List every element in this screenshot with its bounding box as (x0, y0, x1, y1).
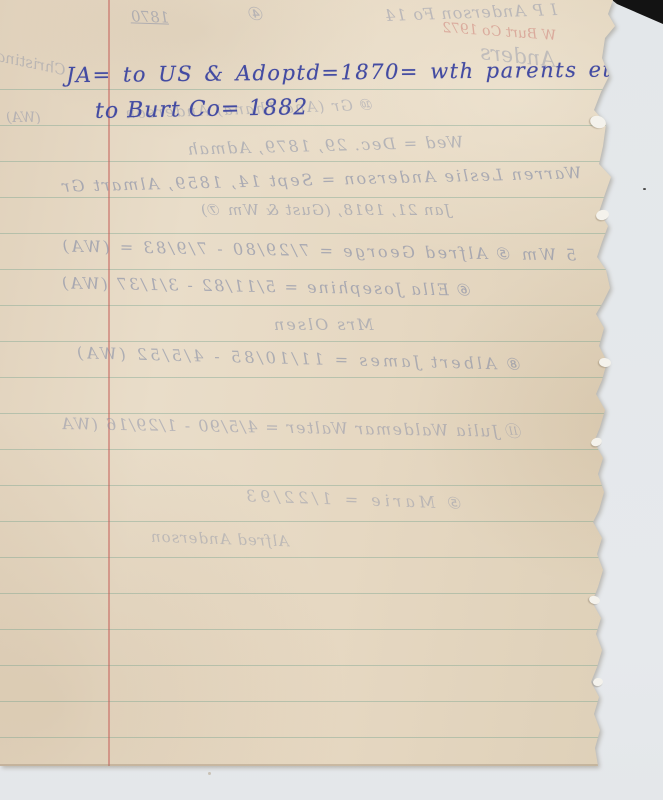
bleedthrough-red-text: W Burt Co 1972 (442, 20, 557, 44)
bleedthrough-text: (WA) (6, 110, 41, 126)
bleedthrough-circled-number: ④ (249, 4, 265, 25)
bleedthrough-text: Mrs Olsen (272, 315, 374, 334)
notebook-paper: 1870 ④ I P Anderson Fo 14 W Burt Co 1972… (0, 0, 663, 766)
bleedthrough-text: 1870 (131, 7, 170, 26)
scanned-document-page: 1870 ④ I P Anderson Fo 14 W Burt Co 1972… (0, 0, 663, 800)
paper-shadow-wrap: 1870 ④ I P Anderson Fo 14 W Burt Co 1972… (0, 0, 663, 800)
handwriting-line-1: JA= to US & Adoptd=1870= wth parents et … (66, 57, 663, 87)
bleedthrough-text: Christina (0, 47, 67, 79)
bleedthrough-text: Jan 21, 1918, (Gust & Wm ⑦) (200, 201, 451, 219)
paper-bottom-edge (0, 764, 600, 766)
handwriting-line-2: to Burt Co= 1882 (95, 95, 309, 124)
